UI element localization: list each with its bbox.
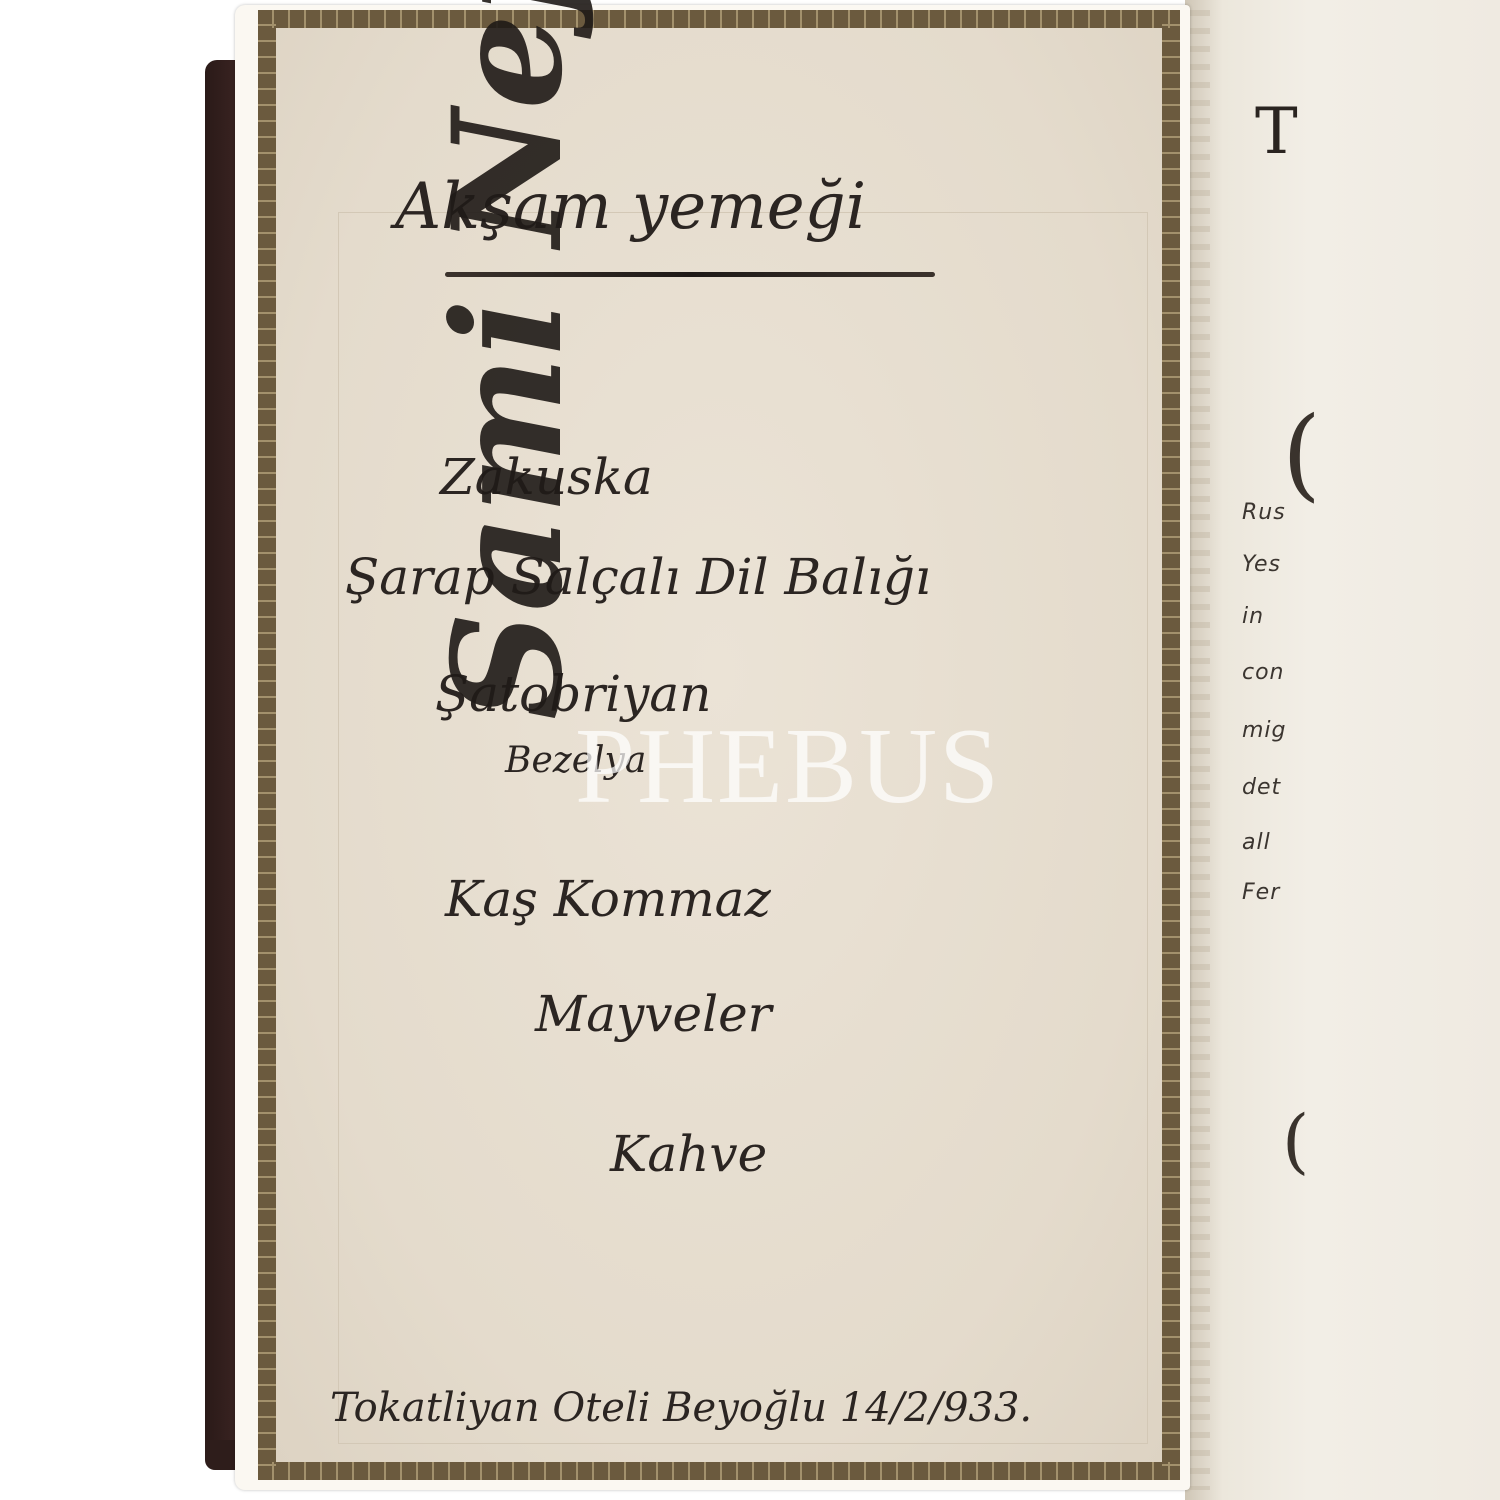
- right-page-line: all: [1242, 830, 1271, 855]
- right-page-gutter: [1190, 10, 1210, 1490]
- right-page-line: mig: [1242, 718, 1287, 743]
- right-page-line: con: [1242, 660, 1285, 685]
- menu-item: Mayveler: [535, 985, 772, 1043]
- right-page-line: Yes: [1242, 552, 1281, 577]
- right-page-line: det: [1242, 775, 1281, 800]
- right-page-bracket: (: [1282, 395, 1321, 512]
- right-page-title-fragment: T: [1255, 95, 1298, 169]
- right-page-line: in: [1242, 604, 1264, 629]
- menu-item: Kaş Kommaz: [445, 870, 771, 928]
- right-page-line: Rus: [1242, 500, 1286, 525]
- watermark: PHEBUS: [575, 705, 1001, 829]
- right-page-bracket: (: [1282, 1100, 1309, 1182]
- right-page-line: Fer: [1242, 880, 1280, 905]
- handwritten-signature: Sami Nejdet Kemal: [420, 0, 596, 720]
- right-page: [1185, 0, 1500, 1500]
- venue-date-line: Tokatliyan Oteli Beyoğlu 14/2/933.: [330, 1385, 1032, 1431]
- menu-item: Kahve: [610, 1125, 767, 1183]
